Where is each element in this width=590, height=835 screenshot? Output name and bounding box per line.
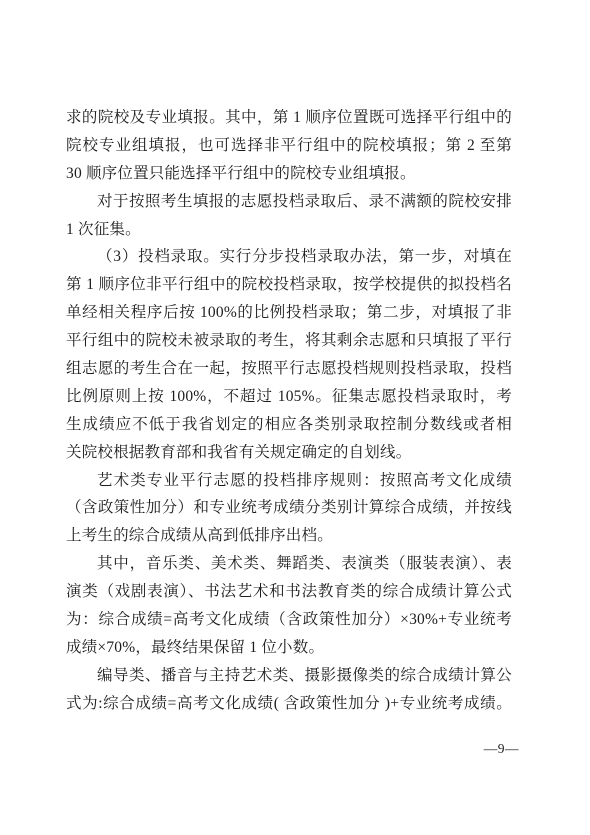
text-line: 组志愿的考生合在一起，按照平行志愿投档规则投档录取，投档 xyxy=(66,355,512,383)
text-line: 艺术类专业平行志愿的投档排序规则：按照高考文化成绩 xyxy=(66,467,512,495)
text-line: 演类（戏剧表演）、书法艺术和书法教育类的综合成绩计算公式 xyxy=(66,578,512,606)
text-line: 平行组中的院校未被录取的考生，将其剩余志愿和只填报了平行 xyxy=(66,327,512,355)
text-line: 1 次征集。 xyxy=(66,216,512,244)
text-line: 比例原则上按 100%，不超过 105%。征集志愿投档录取时，考 xyxy=(66,383,512,411)
text-line: 求的院校及专业填报。其中，第 1 顺序位置既可选择平行组中的 xyxy=(66,104,512,132)
text-line: 单经相关程序后按 100%的比例投档录取；第二步，对填报了非 xyxy=(66,299,512,327)
text-line: 生成绩应不低于我省划定的相应各类别录取控制分数线或者相 xyxy=(66,411,512,439)
text-line: 对于按照考生填报的志愿投档录取后、录不满额的院校安排 xyxy=(66,188,512,216)
text-line: 编导类、播音与主持艺术类、摄影摄像类的综合成绩计算公 xyxy=(66,662,512,690)
text-line: 为：综合成绩=高考文化成绩（含政策性加分）×30%+专业统考 xyxy=(66,606,512,634)
text-line: 成绩×70%，最终结果保留 1 位小数。 xyxy=(66,634,512,662)
page-number: —9— xyxy=(484,741,519,757)
text-line: （含政策性加分）和专业统考成绩分类别计算综合成绩，并按线 xyxy=(66,494,512,522)
text-line: 院校专业组填报，也可选择非平行组中的院校填报；第 2 至第 xyxy=(66,132,512,160)
text-line: 上考生的综合成绩从高到低排序出档。 xyxy=(66,522,512,550)
text-line: 第 1 顺序位非平行组中的院校投档录取，按学校提供的拟投档名 xyxy=(66,271,512,299)
text-line: 30 顺序位置只能选择平行组中的院校专业组填报。 xyxy=(66,160,512,188)
body-text: 求的院校及专业填报。其中，第 1 顺序位置既可选择平行组中的院校专业组填报，也可… xyxy=(66,104,512,718)
document-page: 求的院校及专业填报。其中，第 1 顺序位置既可选择平行组中的院校专业组填报，也可… xyxy=(0,0,590,835)
text-line: 其中，音乐类、美术类、舞蹈类、表演类（服装表演）、表 xyxy=(66,550,512,578)
text-line: （3）投档录取。实行分步投档录取办法，第一步，对填在 xyxy=(66,243,512,271)
text-line: 关院校根据教育部和我省有关规定确定的自划线。 xyxy=(66,439,512,467)
text-line: 式为:综合成绩=高考文化成绩( 含政策性加分 )+专业统考成绩。 xyxy=(66,690,512,718)
